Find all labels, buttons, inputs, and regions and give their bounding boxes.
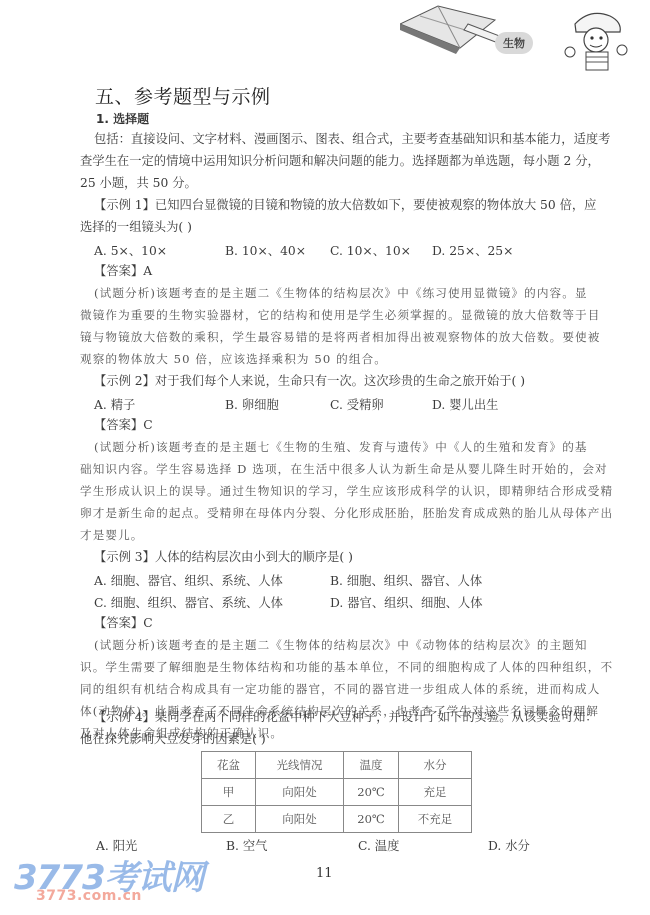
table-cell: 20℃ <box>344 806 399 833</box>
option-b: B. 细胞、组织、器官、人体 <box>330 571 482 589</box>
analysis-line: (试题分析)该题考查的是主题二《生物体的结构层次》中《动物体的结构层次》的主题知 <box>94 637 594 653</box>
cartoon-boy-icon <box>565 13 627 70</box>
table-header-cell: 水分 <box>399 752 472 779</box>
example-1-stem: 选择的一组镜头为( ) <box>80 219 580 235</box>
option-b: B. 卵细胞 <box>225 395 279 413</box>
option-a: A. 精子 <box>94 395 135 413</box>
option-c: C. 细胞、组织、器官、系统、人体 <box>94 593 283 611</box>
table-cell: 20℃ <box>344 779 399 806</box>
analysis-line: 镜与物镜放大倍数的乘积，学生最容易错的是将两者相加得出被观察物体的放大倍数。要使… <box>80 329 580 345</box>
table-cell: 向阳处 <box>256 779 344 806</box>
table-cell: 不充足 <box>399 806 472 833</box>
table-header-row: 花盆 光线情况 温度 水分 <box>202 752 472 779</box>
example-2-stem: 【示例 2】对于我们每个人来说，生命只有一次。这次珍贵的生命之旅开始于( ) <box>94 373 594 389</box>
table-cell: 向阳处 <box>256 806 344 833</box>
option-a: A. 细胞、器官、组织、系统、人体 <box>94 571 283 589</box>
example-2-answer: 【答案】C <box>94 417 594 433</box>
section-title: 五、参考题型与示例 <box>95 82 271 109</box>
option-c: C. 10×、10× <box>330 241 411 259</box>
option-d: D. 水分 <box>488 836 530 854</box>
table-header-cell: 温度 <box>344 752 399 779</box>
table-cell: 甲 <box>202 779 256 806</box>
page-number: 11 <box>316 866 333 881</box>
intro-line: 查学生在一定的情境中运用知识分析问题和解决问题的能力。选择题都为单选题，每小题 … <box>80 153 580 169</box>
watermark-url: 3773.com.cn <box>36 888 142 904</box>
option-a: A. 5×、10× <box>94 241 167 259</box>
option-b: B. 空气 <box>226 836 267 854</box>
table-header-cell: 花盆 <box>202 752 256 779</box>
example-1-stem: 【示例 1】已知四台显微镜的目镜和物镜的放大倍数如下，要使被观察的物体放大 50… <box>94 197 594 213</box>
analysis-line: 础知识内容。学生容易选择 D 选项，在生活中很多人认为新生命是从婴儿降生时开始的… <box>80 461 580 477</box>
analysis-line: 观察的物体放大 50 倍，应该选择乘积为 50 的组合。 <box>80 351 580 367</box>
example-3-stem: 【示例 3】人体的结构层次由小到大的顺序是( ) <box>94 549 594 565</box>
experiment-table: 花盆 光线情况 温度 水分 甲 向阳处 20℃ 充足 乙 向阳处 20℃ 不充足 <box>201 751 472 833</box>
option-c: C. 温度 <box>358 836 399 854</box>
analysis-line: 卵才是新生命的起点。受精卵在母体内分裂、分化形成胚胎，胚胎发育成成熟的胎儿从母体… <box>80 505 580 521</box>
option-b: B. 10×、40× <box>225 241 306 259</box>
option-d: D. 器官、组织、细胞、人体 <box>330 593 483 611</box>
intro-line: 25 小题，共 50 分。 <box>80 175 580 191</box>
table-row: 乙 向阳处 20℃ 不充足 <box>202 806 472 833</box>
analysis-line: (试题分析)该题考查的是主题七《生物的生殖、发育与遗传》中《人的生殖和发育》的基 <box>94 439 594 455</box>
analysis-line: (试题分析)该题考查的是主题二《生物体的结构层次》中《练习使用显微镜》的内容。显 <box>94 285 594 301</box>
option-c: C. 受精卵 <box>330 395 384 413</box>
analysis-line: 识。学生需要了解细胞是生物体结构和功能的基本单位，不同的细胞构成了人体的四种组织… <box>80 659 580 675</box>
table-header-cell: 光线情况 <box>256 752 344 779</box>
example-3-answer: 【答案】C <box>94 615 594 631</box>
option-d: D. 25×、25× <box>432 241 513 259</box>
subject-badge: 生物 <box>495 32 533 54</box>
analysis-line: 学生形成认识上的误导。通过生物知识的学习，学生应该形成科学的认识，即精卵结合形成… <box>80 483 580 499</box>
example-1-answer: 【答案】A <box>94 263 594 279</box>
intro-line: 包括：直接设问、文字材料、漫画图示、图表、组合式，主要考查基础知识和基本能力，适… <box>94 131 594 147</box>
section-subtitle: 1. 选择题 <box>96 110 149 127</box>
table-cell: 充足 <box>399 779 472 806</box>
table-row: 甲 向阳处 20℃ 充足 <box>202 779 472 806</box>
option-d: D. 婴儿出生 <box>432 395 498 413</box>
table-cell: 乙 <box>202 806 256 833</box>
example-4-stem: 【示例 4】某同学在两个同样的花盆中种下大豆种子，并设计了如下的实验。从该实验可… <box>94 709 594 725</box>
example-4-stem: 他在探究影响大豆发芽的因素是( ) <box>80 731 580 747</box>
analysis-line: 同的组织有机结合构成具有一定功能的器官，不同的器官进一步组成人体的系统，进而构成… <box>80 681 580 697</box>
analysis-line: 微镜作为重要的生物实验器材，它的结构和使用是学生必须掌握的。显微镜的放大倍数等于… <box>80 307 580 323</box>
analysis-line: 才是婴儿。 <box>80 527 580 543</box>
